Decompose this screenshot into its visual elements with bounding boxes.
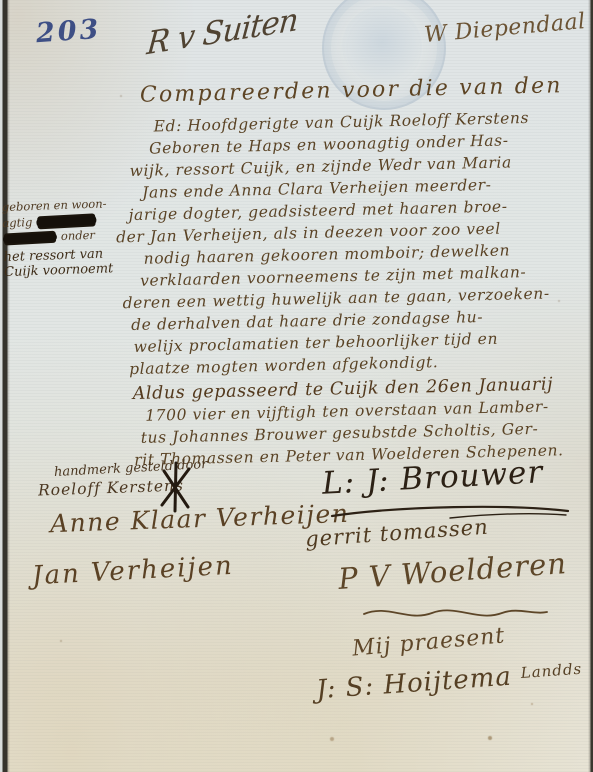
signature-top-right: W Diependaal xyxy=(423,9,587,48)
margin-note-line: onder xyxy=(3,227,121,247)
ink-blot xyxy=(36,215,96,227)
deed-opening-line: Compareerden voor die van den xyxy=(140,73,590,108)
margin-note: geboren en woon- agtig onder het ressort… xyxy=(2,196,123,281)
deed-text: Compareerden voor die van den Ed: Hoofdg… xyxy=(108,73,593,472)
signature-flourish xyxy=(360,606,550,626)
page-number: 203 xyxy=(35,14,102,49)
margin-note-line: Cuijk voornoemt xyxy=(4,261,122,281)
signature-top-center: R v Suiten xyxy=(145,2,299,63)
document-page: 203 R v Suiten W Diependaal geboren en w… xyxy=(0,0,593,772)
mij-praesent-label: Mij praesent xyxy=(351,623,506,661)
signature-van-woelderen: P V Woelderen xyxy=(337,546,568,596)
signature-jan-verheijen: Jan Verheijen xyxy=(31,551,234,592)
scan-edge-left xyxy=(0,0,10,772)
secretary-title-abbrev: Landds xyxy=(520,660,583,682)
paper-specks xyxy=(0,0,2,2)
signature-hoijtema: J: S: Hoijtema Landds xyxy=(315,657,583,706)
ink-blot xyxy=(3,233,57,244)
